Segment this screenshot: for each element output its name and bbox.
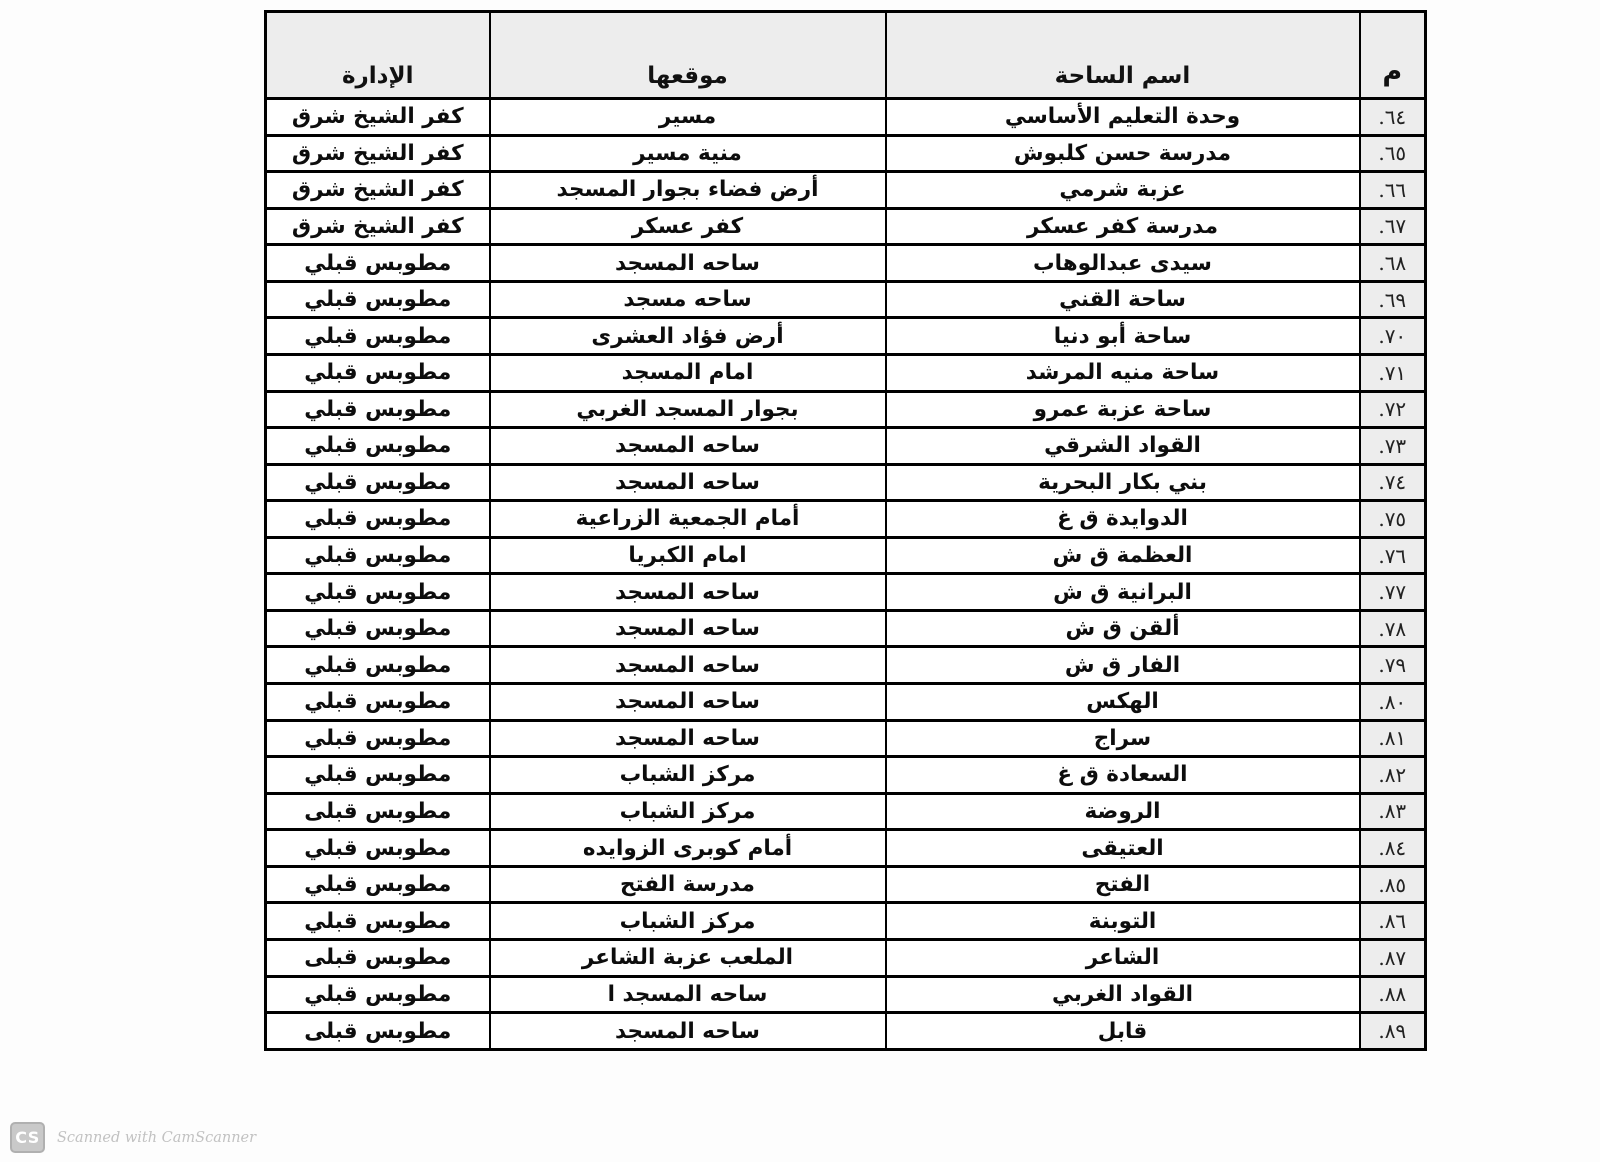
square-name-cell: العتيقى — [886, 830, 1360, 867]
administration-cell: مطوبس قبلي — [266, 610, 490, 647]
administration-cell: مطوبس قبلي — [266, 574, 490, 611]
location-cell: ساحه المسجد — [490, 647, 886, 684]
square-name-cell: العظمة ق ش — [886, 537, 1360, 574]
row-number-cell: ٨٦. — [1360, 903, 1426, 940]
square-name-cell: ساحة أبو دنيا — [886, 318, 1360, 355]
square-name-cell: وحدة التعليم الأساسي — [886, 99, 1360, 136]
administration-cell: كفر الشيخ شرق — [266, 135, 490, 172]
square-name-cell: الروضة — [886, 793, 1360, 830]
table-row: ٨٨.القواد الغربيساحه المسجد امطوبس قبلي — [266, 976, 1426, 1013]
row-number-cell: ٦٦. — [1360, 172, 1426, 209]
administration-cell: مطوبس قبلي — [266, 720, 490, 757]
row-number-cell: ٧٨. — [1360, 610, 1426, 647]
administration-cell: مطوبس قبلي — [266, 684, 490, 721]
table-row: ٧٧.البرانية ق شساحه المسجدمطوبس قبلي — [266, 574, 1426, 611]
administration-cell: مطوبس قبلي — [266, 757, 490, 794]
header-administration: الإدارة — [266, 12, 490, 99]
location-cell: مركز الشباب — [490, 793, 886, 830]
table-row: ٧٤.بني بكار البحريةساحه المسجدمطوبس قبلي — [266, 464, 1426, 501]
table-row: ٨٦.التوبنةمركز الشبابمطوبس قبلي — [266, 903, 1426, 940]
squares-table: م اسم الساحة موقعها الإدارة ٦٤.وحدة التع… — [264, 10, 1427, 1051]
table-row: ٦٩.ساحة القنيساحه مسجدمطوبس قبلي — [266, 281, 1426, 318]
square-name-cell: القواد الشرقي — [886, 428, 1360, 465]
square-name-cell: مدرسة حسن كلبوش — [886, 135, 1360, 172]
administration-cell: كفر الشيخ شرق — [266, 172, 490, 209]
row-number-cell: ٨٩. — [1360, 1013, 1426, 1050]
table-row: ٧٢.ساحة عزبة عمروبجوار المسجد الغربيمطوب… — [266, 391, 1426, 428]
square-name-cell: قابل — [886, 1013, 1360, 1050]
square-name-cell: البرانية ق ش — [886, 574, 1360, 611]
table-row: ٦٧.مدرسة كفر عسكركفر عسكركفر الشيخ شرق — [266, 208, 1426, 245]
square-name-cell: سيدى عبدالوهاب — [886, 245, 1360, 282]
administration-cell: مطوبس قبلى — [266, 1013, 490, 1050]
table-row: ٨٤.العتيقىأمام كوبرى الزوايدهمطوبس قبلي — [266, 830, 1426, 867]
administration-cell: مطوبس قبلي — [266, 866, 490, 903]
header-location: موقعها — [490, 12, 886, 99]
row-number-cell: ٦٧. — [1360, 208, 1426, 245]
location-cell: مدرسة الفتح — [490, 866, 886, 903]
location-cell: ساحه المسجد — [490, 574, 886, 611]
row-number-cell: ٧١. — [1360, 354, 1426, 391]
location-cell: منية مسير — [490, 135, 886, 172]
location-cell: ساحه المسجد — [490, 1013, 886, 1050]
row-number-cell: ٧٤. — [1360, 464, 1426, 501]
square-name-cell: ساحة عزبة عمرو — [886, 391, 1360, 428]
location-cell: أرض فضاء بجوار المسجد — [490, 172, 886, 209]
camscanner-logo-icon: CS — [10, 1122, 45, 1153]
table-row: ٧٠.ساحة أبو دنياأرض فؤاد العشرىمطوبس قبل… — [266, 318, 1426, 355]
location-cell: أمام كوبرى الزوايده — [490, 830, 886, 867]
administration-cell: مطوبس قبلي — [266, 428, 490, 465]
row-number-cell: ٧٧. — [1360, 574, 1426, 611]
administration-cell: مطوبس قبلي — [266, 830, 490, 867]
administration-cell: مطوبس قبلي — [266, 903, 490, 940]
table-row: ٧٥.الدوايدة ق غأمام الجمعية الزراعيةمطوب… — [266, 501, 1426, 538]
location-cell: مركز الشباب — [490, 903, 886, 940]
row-number-cell: ٨١. — [1360, 720, 1426, 757]
table-row: ٦٤.وحدة التعليم الأساسيمسيركفر الشيخ شرق — [266, 99, 1426, 136]
square-name-cell: ساحة القني — [886, 281, 1360, 318]
location-cell: ساحه المسجد — [490, 720, 886, 757]
table-row: ٧٦.العظمة ق شامام الكبريامطوبس قبلي — [266, 537, 1426, 574]
table-header: م اسم الساحة موقعها الإدارة — [266, 12, 1426, 99]
row-number-cell: ٧٢. — [1360, 391, 1426, 428]
administration-cell: كفر الشيخ شرق — [266, 99, 490, 136]
row-number-cell: ٨٧. — [1360, 939, 1426, 976]
row-number-cell: ٧٥. — [1360, 501, 1426, 538]
administration-cell: مطوبس قبلي — [266, 245, 490, 282]
header-number: م — [1360, 12, 1426, 99]
table-row: ٨٢.السعادة ق غمركز الشبابمطوبس قبلي — [266, 757, 1426, 794]
camscanner-watermark: CS Scanned with CamScanner — [10, 1122, 256, 1153]
square-name-cell: مدرسة كفر عسكر — [886, 208, 1360, 245]
square-name-cell: ألقن ق ش — [886, 610, 1360, 647]
administration-cell: مطوبس قبلي — [266, 537, 490, 574]
location-cell: أرض فؤاد العشرى — [490, 318, 886, 355]
row-number-cell: ٨٣. — [1360, 793, 1426, 830]
table-row: ٧١.ساحة منيه المرشدامام المسجدمطوبس قبلي — [266, 354, 1426, 391]
row-number-cell: ٦٥. — [1360, 135, 1426, 172]
location-cell: مركز الشباب — [490, 757, 886, 794]
square-name-cell: الفتح — [886, 866, 1360, 903]
table-body: ٦٤.وحدة التعليم الأساسيمسيركفر الشيخ شرق… — [266, 99, 1426, 1050]
table-row: ٨٣.الروضةمركز الشبابمطوبس قبلى — [266, 793, 1426, 830]
administration-cell: مطوبس قبلى — [266, 793, 490, 830]
row-number-cell: ٨٤. — [1360, 830, 1426, 867]
table-row: ٧٩.الفار ق شساحه المسجدمطوبس قبلي — [266, 647, 1426, 684]
administration-cell: كفر الشيخ شرق — [266, 208, 490, 245]
table-row: ٨٥.الفتحمدرسة الفتحمطوبس قبلي — [266, 866, 1426, 903]
table-row: ٦٦.عزبة شرميأرض فضاء بجوار المسجدكفر الش… — [266, 172, 1426, 209]
table-row: ٨٠.الهكسساحه المسجدمطوبس قبلي — [266, 684, 1426, 721]
row-number-cell: ٦٨. — [1360, 245, 1426, 282]
table-row: ٧٣.القواد الشرقيساحه المسجدمطوبس قبلي — [266, 428, 1426, 465]
row-number-cell: ٨٢. — [1360, 757, 1426, 794]
square-name-cell: الشاعر — [886, 939, 1360, 976]
location-cell: ساحه المسجد — [490, 684, 886, 721]
square-name-cell: عزبة شرمي — [886, 172, 1360, 209]
table-row: ٧٨.ألقن ق شساحه المسجدمطوبس قبلي — [266, 610, 1426, 647]
location-cell: ساحه مسجد — [490, 281, 886, 318]
administration-cell: مطوبس قبلى — [266, 939, 490, 976]
header-row: م اسم الساحة موقعها الإدارة — [266, 12, 1426, 99]
row-number-cell: ٧٠. — [1360, 318, 1426, 355]
table-row: ٨٩.قابلساحه المسجدمطوبس قبلى — [266, 1013, 1426, 1050]
square-name-cell: الدوايدة ق غ — [886, 501, 1360, 538]
row-number-cell: ٦٤. — [1360, 99, 1426, 136]
row-number-cell: ٧٣. — [1360, 428, 1426, 465]
square-name-cell: ساحة منيه المرشد — [886, 354, 1360, 391]
square-name-cell: سراج — [886, 720, 1360, 757]
location-cell: ساحه المسجد — [490, 610, 886, 647]
header-square-name: اسم الساحة — [886, 12, 1360, 99]
administration-cell: مطوبس قبلي — [266, 976, 490, 1013]
square-name-cell: السعادة ق غ — [886, 757, 1360, 794]
watermark-text: Scanned with CamScanner — [57, 1130, 256, 1146]
location-cell: كفر عسكر — [490, 208, 886, 245]
location-cell: ساحه المسجد — [490, 428, 886, 465]
location-cell: امام المسجد — [490, 354, 886, 391]
administration-cell: مطوبس قبلي — [266, 281, 490, 318]
table-row: ٦٨.سيدى عبدالوهابساحه المسجدمطوبس قبلي — [266, 245, 1426, 282]
table-row: ٨١.سراجساحه المسجدمطوبس قبلي — [266, 720, 1426, 757]
administration-cell: مطوبس قبلي — [266, 647, 490, 684]
administration-cell: مطوبس قبلي — [266, 391, 490, 428]
administration-cell: مطوبس قبلي — [266, 354, 490, 391]
row-number-cell: ٨٥. — [1360, 866, 1426, 903]
row-number-cell: ٨٠. — [1360, 684, 1426, 721]
location-cell: مسير — [490, 99, 886, 136]
administration-cell: مطوبس قبلي — [266, 464, 490, 501]
square-name-cell: بني بكار البحرية — [886, 464, 1360, 501]
row-number-cell: ٦٩. — [1360, 281, 1426, 318]
square-name-cell: التوبنة — [886, 903, 1360, 940]
location-cell: ساحه المسجد ا — [490, 976, 886, 1013]
location-cell: أمام الجمعية الزراعية — [490, 501, 886, 538]
location-cell: بجوار المسجد الغربي — [490, 391, 886, 428]
location-cell: ساحه المسجد — [490, 464, 886, 501]
square-name-cell: الهكس — [886, 684, 1360, 721]
square-name-cell: الفار ق ش — [886, 647, 1360, 684]
square-name-cell: القواد الغربي — [886, 976, 1360, 1013]
location-cell: الملعب عزبة الشاعر — [490, 939, 886, 976]
table-row: ٨٧.الشاعرالملعب عزبة الشاعرمطوبس قبلى — [266, 939, 1426, 976]
scanned-document-page: م اسم الساحة موقعها الإدارة ٦٤.وحدة التع… — [0, 0, 1600, 1162]
administration-cell: مطوبس قبلي — [266, 318, 490, 355]
location-cell: ساحه المسجد — [490, 245, 886, 282]
location-cell: امام الكبريا — [490, 537, 886, 574]
row-number-cell: ٨٨. — [1360, 976, 1426, 1013]
row-number-cell: ٧٦. — [1360, 537, 1426, 574]
row-number-cell: ٧٩. — [1360, 647, 1426, 684]
administration-cell: مطوبس قبلي — [266, 501, 490, 538]
table-row: ٦٥.مدرسة حسن كلبوشمنية مسيركفر الشيخ شرق — [266, 135, 1426, 172]
